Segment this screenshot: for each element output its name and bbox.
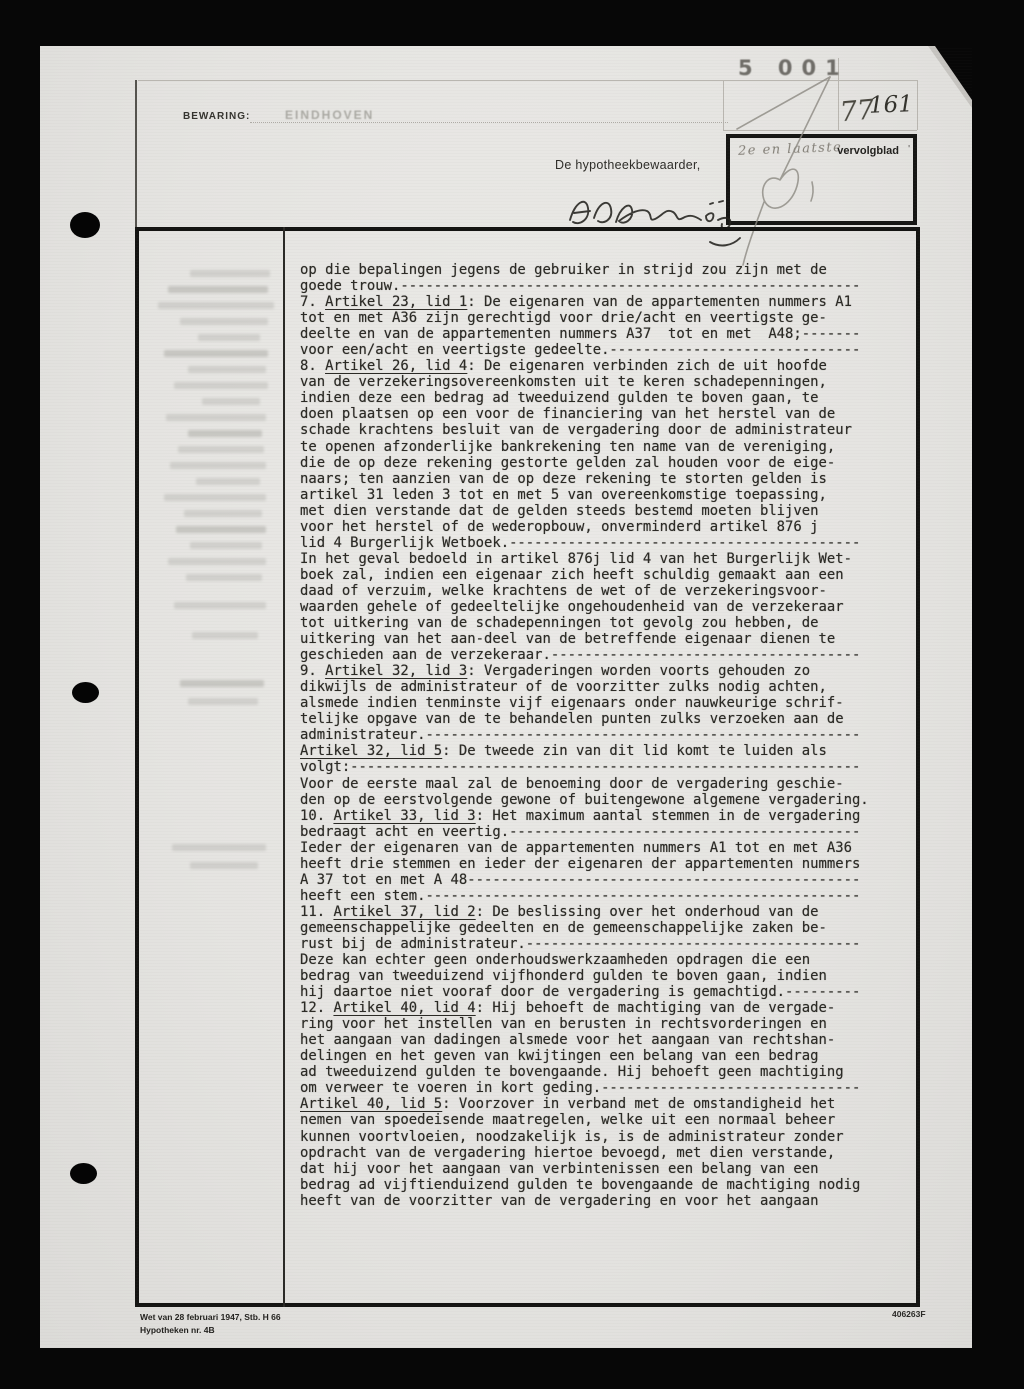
bleedthrough-line: [172, 844, 266, 851]
bleedthrough-line: [174, 602, 266, 609]
text-line: lid 4 Burgerlijk Wetboek.---------------…: [300, 535, 900, 551]
text-line: waarden gehele of gedeeltelijke ongehoud…: [300, 599, 900, 615]
bleedthrough-line: [190, 542, 262, 549]
bleedthrough-line: [180, 680, 264, 687]
text-line: goede trouw.----------------------------…: [300, 278, 900, 294]
bleedthrough-line: [188, 698, 258, 705]
text-line: alsmede indien tenminste vijf eigenaars …: [300, 695, 900, 711]
text-line: op die bepalingen jegens de gebruiker in…: [300, 262, 900, 278]
text-line: 11. Artikel 37, lid 2: De beslissing ove…: [300, 904, 900, 920]
text-line: hij daartoe niet vooraf door de vergader…: [300, 984, 900, 1000]
bleedthrough-line: [202, 398, 260, 405]
bleedthrough-line: [178, 446, 264, 453]
text-line: doen plaatsen op een voor de financierin…: [300, 406, 900, 422]
text-line: A 37 tot en met A 48--------------------…: [300, 872, 900, 888]
text-line: Artikel 40, lid 5: Voorzover in verband …: [300, 1096, 900, 1112]
bleedthrough-line: [196, 478, 260, 485]
bleedthrough-line: [166, 414, 266, 421]
text-line: heeft een stem.-------------------------…: [300, 888, 900, 904]
text-line: volgt:----------------------------------…: [300, 759, 900, 775]
punch-hole: [72, 682, 99, 703]
text-line: van de verzekeringsovereenkomsten uit te…: [300, 374, 900, 390]
text-line: indien deze een bedrag ad tweeduizend gu…: [300, 390, 900, 406]
text-line: boek zal, indien een eigenaar zich heeft…: [300, 567, 900, 583]
text-line: voor een/acht en veertigste gedeelte.---…: [300, 342, 900, 358]
punch-hole: [70, 212, 100, 238]
text-line: Deze kan echter geen onderhoudswerkzaamh…: [300, 952, 900, 968]
text-line: administrateur.-------------------------…: [300, 727, 900, 743]
text-line: Voor de eerste maal zal de benoeming doo…: [300, 776, 900, 792]
column-divider-rule: [283, 227, 285, 1307]
text-line: rust bij de administrateur.-------------…: [300, 936, 900, 952]
text-line: den op de eerstvolgende gewone of buiten…: [300, 792, 900, 808]
body-text: op die bepalingen jegens de gebruiker in…: [300, 262, 900, 1209]
text-line: delingen en het geven van kwijtingen een…: [300, 1048, 900, 1064]
bleedthrough-line: [190, 270, 270, 277]
text-line: 12. Artikel 40, lid 4: Hij behoeft de ma…: [300, 1000, 900, 1016]
bleedthrough-line: [190, 862, 258, 869]
text-line: uitkering van het aan-deel van de betref…: [300, 631, 900, 647]
text-line: bedrag van tweeduizend vijfhonderd gulde…: [300, 968, 900, 984]
text-line: 8. Artikel 26, lid 4: De eigenaren verbi…: [300, 358, 900, 374]
bleedthrough-line: [188, 430, 262, 437]
paper-sheet: BEWARING: EINDHOVEN 5 001 77 161 2e en l…: [40, 46, 972, 1348]
text-line: die de op deze rekening gestorte gelden …: [300, 455, 900, 471]
text-line: Ieder der eigenaren van de appartementen…: [300, 840, 900, 856]
text-line: gemeenschappelijke gedeelten en de gemee…: [300, 920, 900, 936]
bleedthrough-line: [188, 366, 266, 373]
bleedthrough-line: [180, 318, 268, 325]
text-line: 7. Artikel 23, lid 1: De eigenaren van d…: [300, 294, 900, 310]
form-code: 406263F: [892, 1309, 926, 1319]
text-line: heeft drie stemmen en ieder der eigenare…: [300, 856, 900, 872]
bleedthrough-line: [170, 462, 266, 469]
text-line: bedrag ad vijftienduizend gulden te bove…: [300, 1177, 900, 1193]
bleedthrough-line: [176, 526, 266, 533]
text-line: te openen afzonderlijke bankrekening ten…: [300, 439, 900, 455]
text-line: 9. Artikel 32, lid 3: Vergaderingen word…: [300, 663, 900, 679]
text-line: telijke opgave van de te behandelen punt…: [300, 711, 900, 727]
bleedthrough-line: [192, 632, 258, 639]
text-line: dat hij voor het aangaan van verbintenis…: [300, 1161, 900, 1177]
footer-law-reference: Wet van 28 februari 1947, Stb. H 66 Hypo…: [140, 1311, 281, 1337]
bleedthrough-line: [168, 286, 268, 293]
text-line: artikel 31 leden 3 tot en met 5 van over…: [300, 487, 900, 503]
text-line: ring voor het instellen van en berusten …: [300, 1016, 900, 1032]
text-line: opdracht van de vergadering hiertoe bevo…: [300, 1145, 900, 1161]
bleedthrough-line: [198, 334, 260, 341]
text-line: het aangaan van dadingen alsmede voor he…: [300, 1032, 900, 1048]
text-line: schade krachtens besluit van de vergader…: [300, 422, 900, 438]
text-line: met dien verstande dat de gelden steeds …: [300, 503, 900, 519]
text-line: naars; ten aanzien van de op deze rekeni…: [300, 471, 900, 487]
text-line: Artikel 32, lid 5: De tweede zin van dit…: [300, 743, 900, 759]
text-line: dikwijls de administrateur of de voorzit…: [300, 679, 900, 695]
text-line: geschieden aan de verzekeraar.----------…: [300, 647, 900, 663]
punch-hole: [70, 1163, 97, 1184]
bleedthrough-line: [186, 574, 262, 581]
bleedthrough-line: [158, 302, 274, 309]
bleedthrough-line: [164, 494, 266, 501]
text-line: voor het herstel of de wederopbouw, onve…: [300, 519, 900, 535]
text-line: heeft van de voorzitter van de vergaderi…: [300, 1193, 900, 1209]
footer-register-line: Hypotheken nr. 4B: [140, 1324, 281, 1337]
text-line: kunnen voortvloeien, noodzakelijk is, is…: [300, 1129, 900, 1145]
text-line: 10. Artikel 33, lid 3: Het maximum aanta…: [300, 808, 900, 824]
text-line: In het geval bedoeld in artikel 876j lid…: [300, 551, 900, 567]
text-line: nemen van spoedeisende maatregelen, welk…: [300, 1112, 900, 1128]
text-line: tot en met A36 zijn gerechtigd voor drie…: [300, 310, 900, 326]
text-line: deelte en van de appartementen nummers A…: [300, 326, 900, 342]
bleedthrough-line: [168, 558, 266, 565]
text-line: ad tweeduizend gulden te bovengaande. Hi…: [300, 1064, 900, 1080]
bleedthrough-line: [164, 350, 268, 357]
text-line: bedraagt acht en veertig.---------------…: [300, 824, 900, 840]
bleedthrough-line: [174, 382, 268, 389]
scanned-page: BEWARING: EINDHOVEN 5 001 77 161 2e en l…: [0, 0, 1024, 1389]
footer-law-line: Wet van 28 februari 1947, Stb. H 66: [140, 1311, 281, 1324]
text-line: om verweer te voeren in kort geding.----…: [300, 1080, 900, 1096]
text-line: tot uitkering van de schadepenningen tot…: [300, 615, 900, 631]
bleedthrough-line: [184, 510, 262, 517]
text-line: daad of verzuim, welke krachtens de wet …: [300, 583, 900, 599]
